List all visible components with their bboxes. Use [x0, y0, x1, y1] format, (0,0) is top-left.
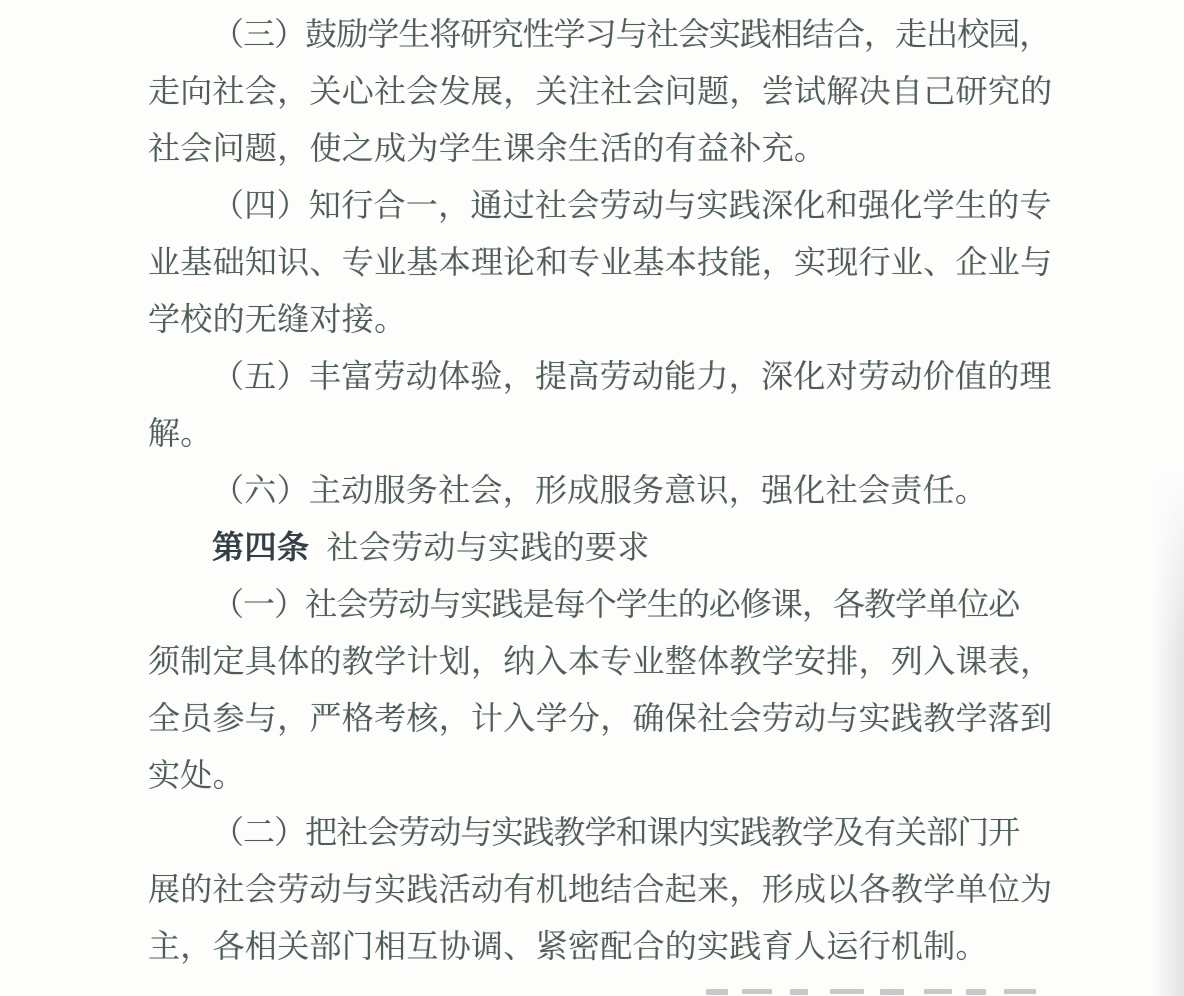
text-line: （六）主动服务社会，形成服务意识，强化社会责任。: [148, 462, 1052, 519]
text-line: （一）社会劳动与实践是每个学生的必修课，各教学单位必: [148, 576, 1052, 633]
text-line: 展的社会劳动与实践活动有机地结合起来，形成以各教学单位为: [148, 861, 1052, 918]
cutoff-character-top: [706, 989, 728, 995]
text-line: 全员参与，严格考核，计入学分，确保社会劳动与实践教学落到: [148, 690, 1052, 747]
text-line: （二）把社会劳动与实践教学和课内实践教学及有关部门开: [148, 804, 1052, 861]
text-line: 实处。: [148, 747, 1052, 804]
scanned-document-page: （三）鼓励学生将研究性学习与社会实践相结合，走出校园， 走向社会，关心社会发展，…: [0, 0, 1184, 996]
article-number: 第四条: [212, 529, 310, 565]
text-line: 社会问题，使之成为学生课余生活的有益补充。: [148, 120, 1052, 177]
text-line: 走向社会，关心社会发展，关注社会问题，尝试解决自己研究的: [148, 63, 1052, 120]
text-line: （四）知行合一，通过社会劳动与实践深化和强化学生的专: [148, 177, 1052, 234]
cutoff-next-line: [706, 989, 1036, 996]
document-text-block: （三）鼓励学生将研究性学习与社会实践相结合，走出校园， 走向社会，关心社会发展，…: [148, 6, 1052, 975]
cutoff-character-top: [742, 989, 772, 994]
text-line: 须制定具体的教学计划，纳入本专业整体教学安排，列入课表，: [148, 633, 1052, 690]
text-line: （五）丰富劳动体验，提高劳动能力，深化对劳动价值的理: [148, 348, 1052, 405]
cutoff-character-top: [1004, 989, 1036, 994]
cutoff-character-top: [790, 989, 808, 995]
text-line: 业基础知识、专业基本理论和专业基本技能，实现行业、企业与: [148, 234, 1052, 291]
article-heading: 第四条社会劳动与实践的要求: [148, 519, 1052, 576]
cutoff-character-top: [830, 989, 864, 994]
scan-edge-shadow: [1152, 470, 1184, 996]
cutoff-character-top: [880, 989, 904, 995]
text-line: 学校的无缝对接。: [148, 291, 1052, 348]
cutoff-character-top: [966, 989, 986, 995]
text-line: （三）鼓励学生将研究性学习与社会实践相结合，走出校园，: [148, 6, 1052, 63]
cutoff-character-top: [924, 989, 952, 994]
text-line: 主，各相关部门相互协调、紧密配合的实践育人运行机制。: [148, 918, 1052, 975]
article-title: 社会劳动与实践的要求: [327, 529, 650, 565]
text-line: 解。: [148, 405, 1052, 462]
